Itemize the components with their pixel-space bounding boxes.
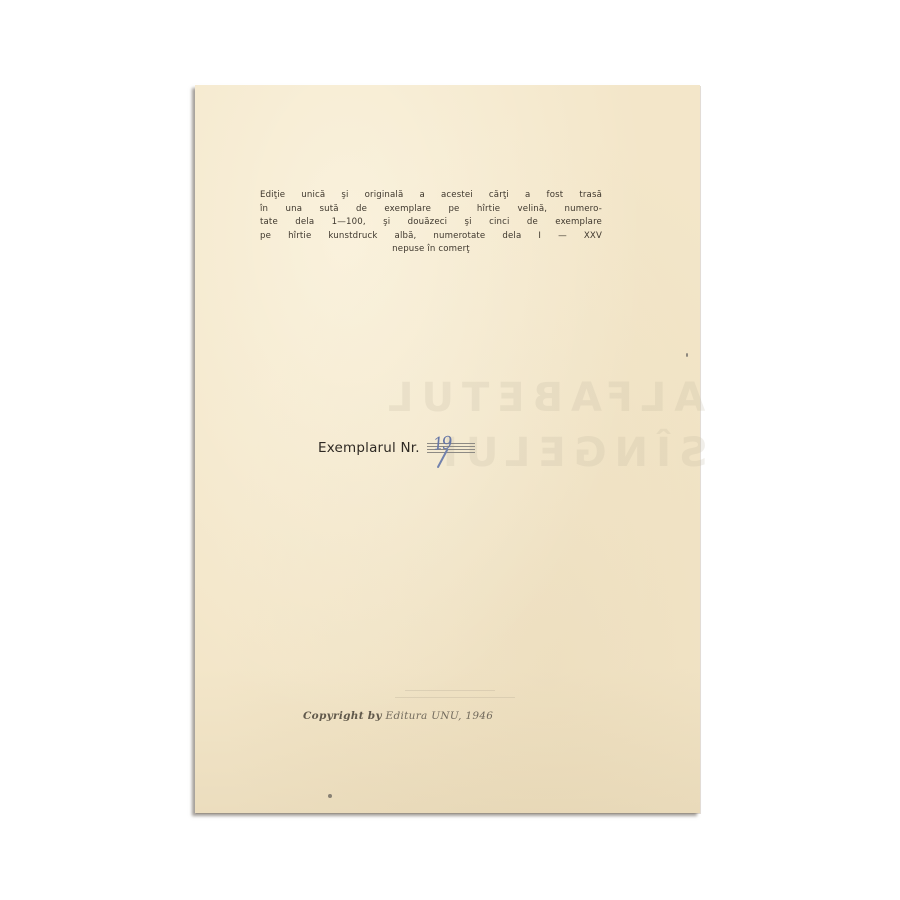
colophon-line: pe hîrtie kunstdruck albă, numerotate de…	[260, 230, 602, 244]
copy-number-field: 19	[427, 440, 475, 454]
paper-speck	[328, 794, 332, 798]
show-through-title-line-1: ALFABETUL	[380, 375, 705, 421]
show-through-rule	[395, 697, 515, 698]
book-page: ALFABETUL SÎNGELUI Ediţie unică şi origi…	[195, 85, 700, 813]
show-through-rule	[405, 690, 495, 691]
copyright-year: 1946	[465, 710, 493, 722]
colophon-line: în una sută de exemplare pe hîrtie velin…	[260, 203, 602, 217]
handwritten-copy-number: 19	[432, 433, 452, 455]
colophon-line: Ediţie unică şi originală a acestei cărţ…	[260, 189, 602, 203]
show-through-title-line-2: SÎNGELUI	[435, 430, 708, 476]
edition-colophon: Ediţie unică şi originală a acestei cărţ…	[260, 189, 602, 257]
copy-number-label: Exemplarul Nr.	[318, 440, 420, 456]
colophon-line: tate dela 1—100, şi douăzeci şi cinci de…	[260, 216, 602, 230]
copyright-publisher: Editura UNU,	[386, 710, 462, 722]
paper-speck	[686, 353, 688, 357]
colophon-line: nepuse în comerţ	[260, 243, 602, 257]
copyright-notice: Copyright by Editura UNU, 1946	[303, 710, 493, 722]
copyright-prefix: Copyright by	[303, 710, 382, 722]
copy-number: Exemplarul Nr. 19	[318, 440, 475, 456]
scan-stage: ALFABETUL SÎNGELUI Ediţie unică şi origi…	[0, 0, 900, 900]
